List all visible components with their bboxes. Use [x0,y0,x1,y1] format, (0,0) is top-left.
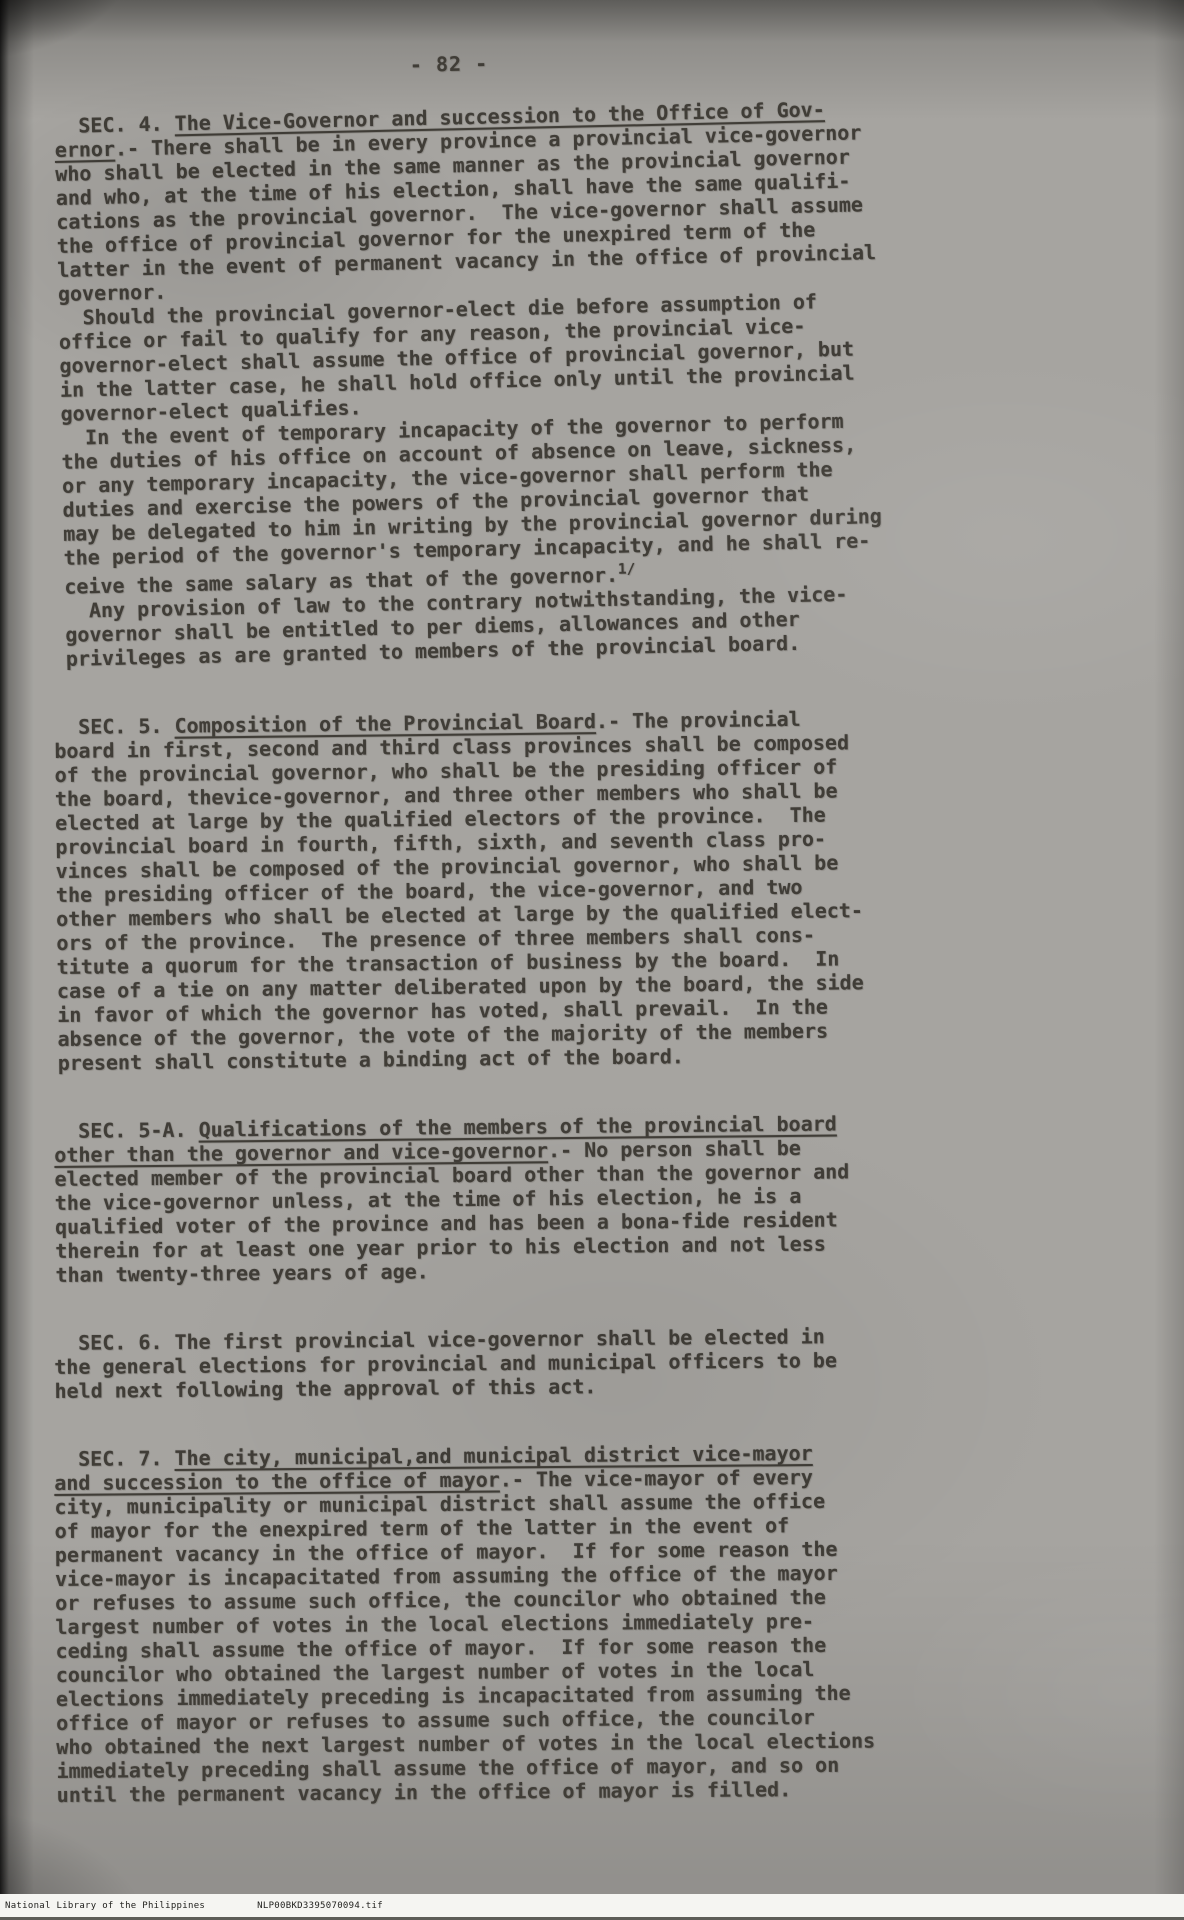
text-run: SEC. 5. [54,714,175,739]
text-run: SEC. 4. [54,111,175,138]
scanned-document-page: - 82 - SEC. 4. The Vice-Governor and suc… [0,0,1184,1920]
paragraph: SEC. 5-A. Qualifications of the members … [54,1109,1082,1287]
paragraph: SEC. 6. The first provincial vice-govern… [54,1322,1081,1403]
text-run: .- There shall be in every province a pr… [55,120,876,306]
paragraph: SEC. 4. The Vice-Governor and succession… [54,92,1084,306]
text-run: In the event of temporary incapacity of … [61,409,882,599]
section-4-vice-governor-succession: SEC. 4. The Vice-Governor and succession… [54,92,1092,671]
scan-footer: National Library of the Philippines NLP0… [0,1894,1184,1920]
text-run: .- The vice-mayor of every city, municip… [54,1465,875,1807]
text-run: SEC. 6. The first provincial vice-govern… [54,1324,837,1403]
page-number: - 82 - [54,44,844,83]
section-5-composition-provincial-board: SEC. 5. Composition of the Provincial Bo… [54,704,1084,1075]
section-6-first-vice-governor-election: SEC. 6. The first provincial vice-govern… [54,1322,1081,1403]
footnote-mark: 1/ [618,561,636,577]
text-run: Should the provincial governor-elect die… [58,289,855,426]
footer-filename: NLP00BKD3395070094.tif [257,1901,383,1911]
footer-library-label: National Library of the Philippines [5,1901,205,1911]
section-7-vice-mayor-succession: SEC. 7. The city, municipal,and municipa… [54,1439,1083,1807]
text-run: .- The provincial board in first, second… [54,707,864,1075]
paragraph: Should the provincial governor-elect die… [58,284,1086,426]
text-run: SEC. 5-A. [54,1118,199,1143]
paragraph: In the event of temporary incapacity of … [61,404,1091,599]
paragraph: SEC. 5. Composition of the Provincial Bo… [54,704,1084,1075]
section-5a-qualifications-members: SEC. 5-A. Qualifications of the members … [54,1109,1082,1287]
paragraph: SEC. 7. The city, municipal,and municipa… [54,1439,1083,1807]
text-run: SEC. 7. [54,1446,175,1471]
page-content: - 82 - SEC. 4. The Vice-Governor and suc… [0,0,1080,1851]
